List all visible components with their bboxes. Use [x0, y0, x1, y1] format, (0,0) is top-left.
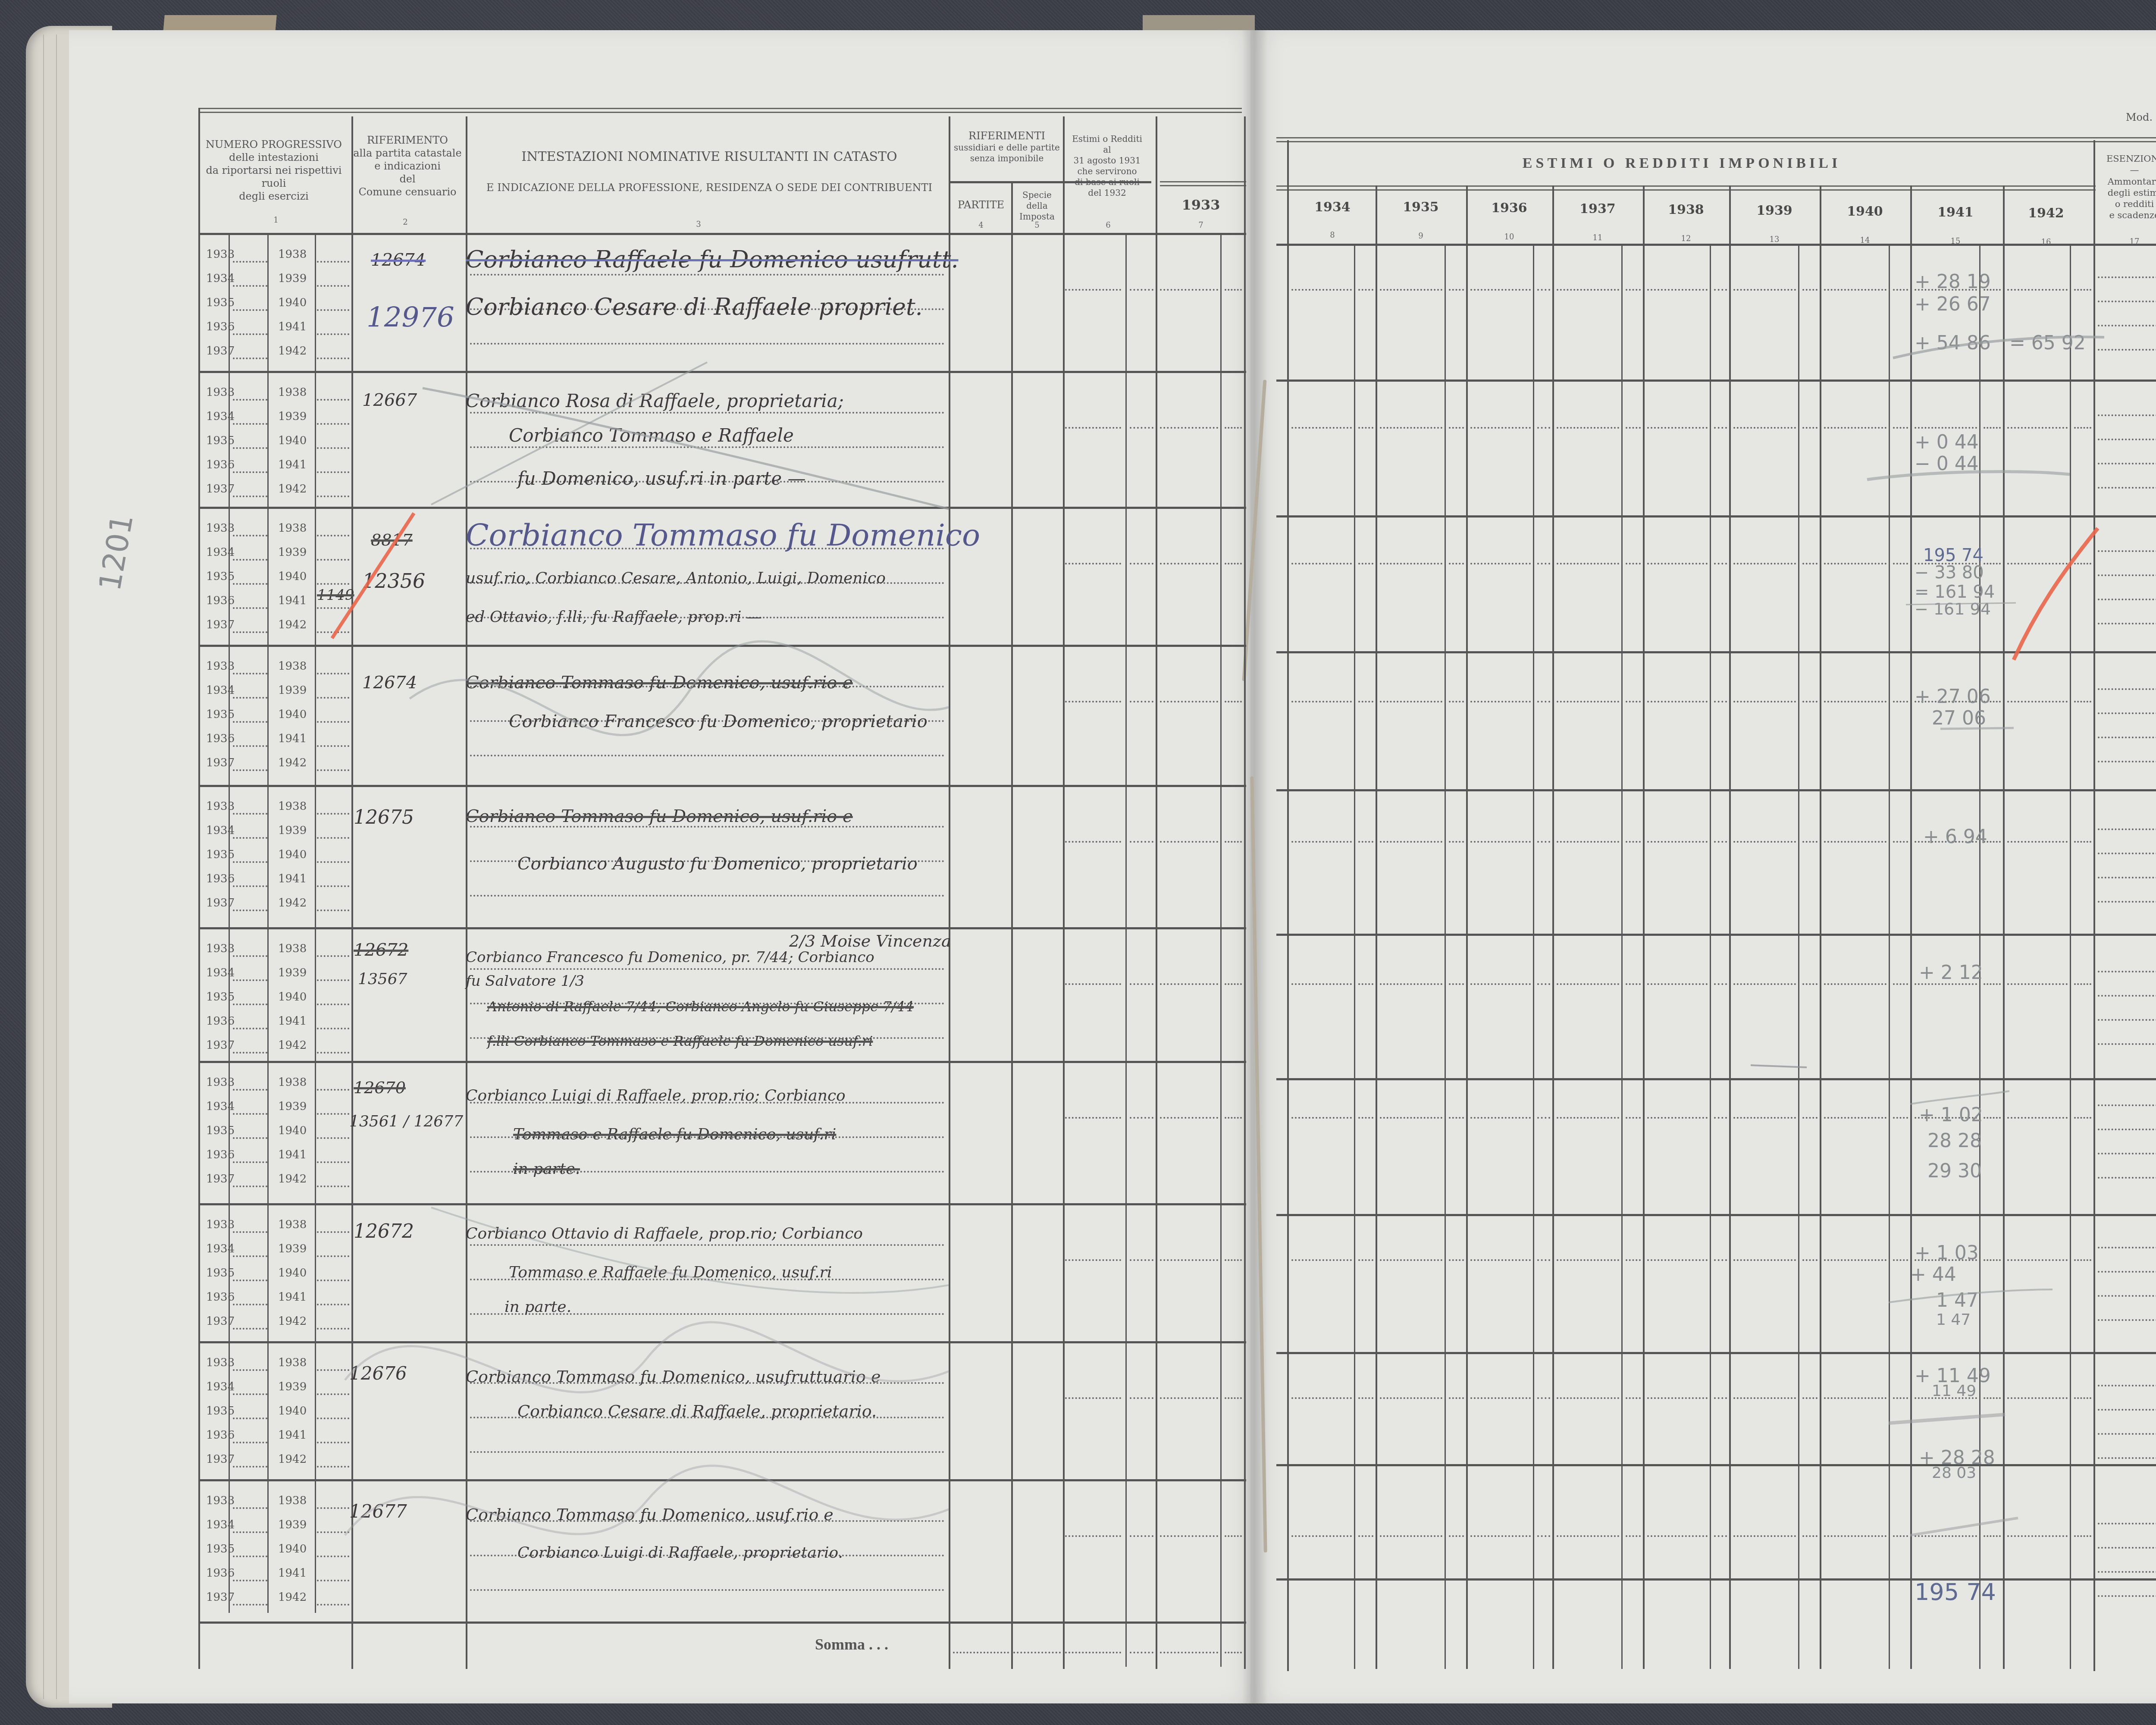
dotted-ruling — [1380, 1117, 1442, 1119]
dotted-ruling — [1647, 427, 1708, 429]
dotted-ruling — [1626, 1117, 1641, 1119]
dotted-ruling — [1824, 701, 1887, 703]
dotted-ruling — [1449, 701, 1464, 703]
row-line: f.lli Corbianco Tommaso e Raffaele fu Do… — [487, 1033, 873, 1049]
row-line: Tommaso e Raffaele fu Domenico, usuf.ri — [513, 1126, 836, 1143]
dotted-ruling — [317, 358, 349, 359]
dotted-ruling — [1733, 983, 1796, 985]
col-subline — [1354, 246, 1355, 1669]
dotted-ruling — [233, 837, 267, 839]
dotted-ruling — [1714, 289, 1727, 291]
dotted-ruling — [317, 910, 349, 911]
dotted-ruling — [317, 261, 349, 263]
row-ref-struck: 12674 — [371, 250, 426, 270]
dotted-ruling — [1358, 427, 1373, 429]
dotted-ruling — [2074, 1259, 2091, 1261]
col-subline — [2070, 246, 2071, 1669]
col2-title: RIFERIMENTO — [351, 134, 464, 147]
dotted-ruling — [1380, 1397, 1442, 1399]
dotted-ruling — [1380, 701, 1442, 703]
row-divider — [1276, 789, 2156, 791]
dotted-ruling — [1626, 701, 1641, 703]
year-label: 1938 — [278, 1356, 307, 1369]
amount: + 28 19 — [1915, 271, 1991, 293]
dotted-ruling — [1802, 1117, 1818, 1119]
col17-header: ESENZIONI — Ammontare degli estimi o red… — [2096, 153, 2156, 221]
dotted-ruling — [1358, 1259, 1373, 1261]
amount: + 2 12 — [1919, 962, 1983, 984]
row-line: Tommaso e Raffaele fu Domenico, usuf.ri — [509, 1264, 832, 1281]
dotted-ruling — [1225, 1117, 1242, 1119]
dotted-ruling — [1824, 563, 1887, 565]
dotted-ruling — [2098, 877, 2156, 878]
dotted-ruling — [1291, 427, 1352, 429]
dotted-ruling — [233, 697, 267, 699]
year-header: 1939 — [1729, 203, 1820, 219]
dotted-ruling — [1733, 563, 1796, 565]
dotted-ruling — [1802, 563, 1818, 565]
year-label: 1938 — [278, 660, 307, 673]
year-label: 1937 — [206, 1173, 235, 1186]
col2-line: del — [351, 172, 464, 185]
row-divider — [198, 1621, 1246, 1624]
row-divider — [198, 645, 1246, 647]
dotted-ruling — [2098, 1019, 2156, 1021]
dotted-ruling — [2074, 983, 2091, 985]
dotted-ruling — [317, 583, 349, 585]
col-number: 2 — [397, 218, 414, 227]
dotted-ruling — [1065, 427, 1121, 429]
dotted-ruling — [1449, 1259, 1464, 1261]
dotted-ruling — [1824, 427, 1887, 429]
year-label: 1935 — [206, 296, 235, 309]
dotted-ruling — [1824, 289, 1887, 291]
dotted-ruling — [1358, 1535, 1373, 1537]
dotted-ruling — [2098, 737, 2156, 738]
dotted-ruling — [233, 1304, 267, 1305]
dotted-ruling — [470, 343, 944, 345]
year-label: 1938 — [278, 1076, 307, 1089]
dotted-ruling — [317, 1255, 349, 1257]
dotted-ruling — [1380, 983, 1442, 985]
dotted-ruling — [1647, 1259, 1708, 1261]
year-label: 1941 — [278, 1291, 307, 1304]
year-divider — [1160, 181, 1246, 186]
dotted-ruling — [1626, 427, 1641, 429]
dotted-ruling — [2074, 427, 2091, 429]
col-number: 1 — [267, 216, 285, 225]
dotted-ruling — [233, 769, 267, 771]
dotted-ruling — [1824, 983, 1887, 985]
col-line — [1287, 140, 1289, 1671]
amount: 1 47 — [1936, 1311, 1971, 1329]
dotted-ruling — [2074, 289, 2091, 291]
dotted-ruling — [233, 861, 267, 863]
year-label: 1935 — [206, 708, 235, 721]
dotted-ruling — [1915, 427, 1977, 429]
dotted-ruling — [470, 274, 944, 276]
dotted-ruling — [1714, 701, 1727, 703]
dotted-ruling — [1065, 1535, 1121, 1537]
dotted-ruling — [1358, 1117, 1373, 1119]
dotted-ruling — [1160, 841, 1218, 843]
dotted-ruling — [1893, 427, 1908, 429]
year-label: 1938 — [278, 248, 307, 261]
dotted-ruling — [233, 423, 267, 425]
dotted-ruling — [1065, 983, 1121, 985]
dotted-ruling — [2007, 563, 2068, 565]
year-label: 1933 — [206, 522, 235, 535]
dotted-ruling — [233, 261, 267, 263]
dotted-ruling — [1733, 427, 1796, 429]
dotted-ruling — [1160, 701, 1218, 703]
dotted-ruling — [317, 607, 349, 609]
year-label: 1941 — [278, 320, 307, 333]
year-label: 1935 — [206, 1543, 235, 1556]
dotted-ruling — [1733, 289, 1796, 291]
dotted-ruling — [1291, 1535, 1352, 1537]
dotted-ruling — [2074, 1117, 2091, 1119]
dotted-ruling — [2098, 1129, 2156, 1130]
col-subline — [1125, 235, 1127, 1667]
col1-line: delle intestazioni — [203, 151, 345, 164]
dotted-ruling — [1626, 289, 1641, 291]
dotted-ruling — [1714, 1535, 1727, 1537]
dotted-ruling — [1358, 289, 1373, 291]
col17-line: e scadenze — [2096, 210, 2156, 221]
dotted-ruling — [2098, 1043, 2156, 1045]
dotted-ruling — [1358, 983, 1373, 985]
dotted-ruling — [2098, 1409, 2156, 1411]
dotted-ruling — [317, 1280, 349, 1281]
dotted-ruling — [233, 1161, 267, 1163]
year-label: 1940 — [278, 570, 307, 583]
row-divider — [1276, 651, 2156, 653]
col-number: 13 — [1768, 235, 1781, 244]
dotted-ruling — [317, 399, 349, 401]
dotted-ruling — [317, 745, 349, 747]
dotted-ruling — [1733, 701, 1796, 703]
dotted-ruling — [1557, 841, 1619, 843]
dotted-ruling — [317, 955, 349, 957]
row-divider — [198, 1203, 1246, 1205]
row-ref: 12976 — [367, 302, 454, 334]
amount: + 27 06 — [1915, 686, 1991, 708]
year-label: 1937 — [206, 1039, 235, 1052]
row-line: Corbianco Tommaso fu Domenico, usuf.rio … — [466, 673, 853, 693]
year-header: 1940 — [1820, 204, 1910, 220]
year-label: 1940 — [278, 1267, 307, 1280]
col-number: 4 — [975, 221, 987, 230]
year-label: 1934 — [206, 1380, 235, 1393]
col-line — [1820, 185, 1821, 1669]
row-line: Corbianco Augusto fu Domenico, proprieta… — [517, 854, 918, 874]
dotted-ruling — [1733, 1117, 1796, 1119]
dotted-ruling — [233, 1137, 267, 1139]
year-label: 1936 — [206, 1148, 235, 1161]
dotted-ruling — [1537, 701, 1550, 703]
riferimenti-line: senza imponibile — [951, 153, 1063, 164]
year-label: 1933 — [206, 1494, 235, 1507]
dotted-ruling — [1802, 983, 1818, 985]
estimi-divider — [1276, 185, 2096, 191]
dotted-ruling — [1130, 563, 1153, 565]
row-line: usuf.rio, Corbianco Cesare, Antonio, Lui… — [466, 569, 886, 587]
dotted-ruling — [233, 631, 267, 633]
dotted-ruling — [1733, 1259, 1796, 1261]
struck-text: Corbianco Raffaele fu Domenico usufrutt. — [466, 246, 959, 273]
dotted-ruling — [1893, 841, 1908, 843]
dotted-ruling — [317, 1604, 349, 1606]
year-label: 1941 — [278, 872, 307, 885]
dotted-ruling — [1470, 1397, 1531, 1399]
year-label: 1939 — [278, 824, 307, 837]
dotted-ruling — [233, 1604, 267, 1606]
dotted-ruling — [1802, 427, 1818, 429]
row-divider — [1276, 1214, 2156, 1216]
year-label: 1942 — [278, 1453, 307, 1466]
dotted-ruling — [2098, 828, 2156, 830]
dotted-ruling — [1893, 1259, 1908, 1261]
dotted-ruling — [1225, 563, 1242, 565]
amount: − 161 94 — [1915, 599, 1991, 618]
dotted-ruling — [1130, 427, 1153, 429]
col-line — [1376, 185, 1377, 1669]
dotted-ruling — [317, 1186, 349, 1187]
row-line: Corbianco Ottavio di Raffaele, prop.rio;… — [466, 1225, 863, 1242]
estimi-title: ESTIMI O REDDITI IMPONIBILI — [1423, 154, 1940, 173]
col1-subline — [315, 233, 316, 1613]
dotted-ruling — [233, 535, 267, 536]
col5-line: della — [1011, 201, 1063, 211]
dotted-ruling — [1291, 983, 1352, 985]
year-label: 1935 — [206, 1405, 235, 1418]
dotted-ruling — [1470, 563, 1531, 565]
dotted-ruling — [233, 1507, 267, 1509]
table-top-border — [198, 108, 1242, 113]
year-label: 1939 — [278, 1518, 307, 1531]
year-label: 1937 — [206, 756, 235, 769]
dotted-ruling — [1225, 427, 1242, 429]
col-number: 5 — [1031, 221, 1044, 230]
col-number: 17 — [2128, 237, 2141, 246]
row-divider — [198, 927, 1246, 929]
row-divider — [1276, 1464, 2156, 1466]
dotted-ruling — [317, 285, 349, 287]
dotted-ruling — [1537, 983, 1550, 985]
dotted-ruling — [1626, 1259, 1641, 1261]
year-label: 1935 — [206, 1124, 235, 1137]
col6-line: del 1932 — [1063, 188, 1151, 198]
dotted-ruling — [233, 1369, 267, 1371]
year-label: 1942 — [278, 345, 307, 358]
dotted-ruling — [1824, 1259, 1887, 1261]
dotted-ruling — [2007, 1397, 2068, 1399]
dotted-ruling — [1358, 563, 1373, 565]
dotted-ruling — [1647, 1397, 1708, 1399]
dotted-ruling — [1893, 1535, 1908, 1537]
dotted-ruling — [1470, 427, 1531, 429]
dotted-ruling — [1647, 289, 1708, 291]
row-divider — [198, 1341, 1246, 1343]
dotted-ruling — [2074, 1397, 2091, 1399]
dotted-ruling — [1802, 1397, 1818, 1399]
dotted-ruling — [470, 968, 944, 970]
dotted-ruling — [2098, 1571, 2156, 1573]
dotted-ruling — [233, 1580, 267, 1581]
col-line — [949, 116, 950, 1669]
dotted-ruling — [233, 333, 267, 335]
dotted-ruling — [317, 1531, 349, 1533]
dotted-ruling — [1065, 841, 1121, 843]
dotted-ruling — [1130, 983, 1153, 985]
row-divider — [198, 1479, 1246, 1481]
year-label: 1940 — [278, 1124, 307, 1137]
year-label: 1936 — [206, 732, 235, 745]
row-ref-struck: 8817 — [371, 530, 413, 549]
row-line: fu Domenico, usuf.ri in parte — — [517, 468, 805, 489]
dotted-ruling — [1802, 289, 1818, 291]
year-label: 1941 — [278, 1429, 307, 1442]
row-ref: 12675 — [354, 806, 414, 828]
dotted-ruling — [1449, 1397, 1464, 1399]
year-label: 1934 — [206, 1242, 235, 1255]
dotted-ruling — [233, 358, 267, 359]
year-label: 1941 — [278, 1015, 307, 1028]
col-line — [1156, 116, 1157, 1669]
dotted-ruling — [2007, 983, 2068, 985]
struck-text: Tommaso e Raffaele fu Domenico, usuf.ri — [513, 1126, 836, 1143]
year-label: 1936 — [206, 1291, 235, 1304]
table-left-border — [198, 108, 200, 1669]
year-label: 1942 — [278, 618, 307, 631]
year-label: 1936 — [206, 320, 235, 333]
dotted-ruling — [1626, 983, 1641, 985]
dotted-ruling — [233, 1556, 267, 1557]
year-label: 1940 — [278, 1405, 307, 1418]
year-header: 1937 — [1552, 201, 1643, 217]
dotted-ruling — [1984, 983, 2001, 985]
dotted-ruling — [233, 721, 267, 723]
dotted-ruling — [1537, 841, 1550, 843]
dotted-ruling — [233, 1231, 267, 1233]
dotted-ruling — [2098, 623, 2156, 624]
dotted-ruling — [2098, 487, 2156, 489]
dotted-ruling — [233, 813, 267, 815]
dotted-ruling — [1380, 1259, 1442, 1261]
dotted-ruling — [2098, 463, 2156, 464]
dotted-ruling — [1893, 1117, 1908, 1119]
col-line — [1729, 185, 1731, 1669]
dotted-ruling — [233, 309, 267, 311]
col1-line: degli esercizi — [203, 190, 345, 203]
dotted-ruling — [1984, 427, 2001, 429]
dotted-ruling — [1225, 1535, 1242, 1537]
year-label: 1937 — [206, 618, 235, 631]
col2-line: e indicazioni — [351, 160, 464, 172]
year-label: 1941 — [278, 594, 307, 607]
dotted-ruling — [1130, 289, 1153, 291]
year-label: 1939 — [278, 272, 307, 285]
dotted-ruling — [2098, 599, 2156, 600]
year-label: 1942 — [278, 483, 307, 496]
dotted-ruling — [2074, 563, 2091, 565]
dotted-ruling — [1537, 427, 1550, 429]
struck-text: f.lli Corbianco Tommaso e Raffaele fu Do… — [487, 1033, 873, 1049]
dotted-ruling — [1380, 1535, 1442, 1537]
amount: 28 03 — [1932, 1464, 1976, 1482]
dotted-ruling — [317, 1231, 349, 1233]
dotted-ruling — [1291, 701, 1352, 703]
year-label: 1940 — [278, 296, 307, 309]
dotted-ruling — [233, 496, 267, 497]
dotted-ruling — [233, 1004, 267, 1005]
amount: 1 47 — [1936, 1289, 1978, 1311]
dotted-ruling — [317, 496, 349, 497]
row-divider — [1276, 934, 2156, 936]
col6-line: al — [1063, 144, 1151, 155]
amount: + 6 94 — [1923, 826, 1987, 848]
dotted-ruling — [233, 979, 267, 981]
year-label: 1934 — [206, 966, 235, 979]
year-label: 1938 — [278, 522, 307, 535]
dotted-ruling — [317, 1466, 349, 1468]
amount: + 26 67 — [1915, 293, 1991, 315]
dotted-ruling — [1714, 427, 1727, 429]
dotted-ruling — [233, 583, 267, 585]
dotted-ruling — [470, 446, 944, 448]
dotted-ruling — [1160, 563, 1218, 565]
dotted-ruling — [2098, 550, 2156, 552]
dotted-ruling — [1714, 983, 1727, 985]
dotted-ruling — [317, 535, 349, 536]
dotted-ruling — [1291, 1397, 1352, 1399]
riferimenti-header: RIFERIMENTI sussidiari e delle partite s… — [951, 129, 1063, 164]
dotted-ruling — [1470, 1117, 1531, 1119]
row-line: Corbianco Raffaele fu Domenico usufrutt. — [466, 246, 959, 273]
col17-dash: — — [2096, 164, 2156, 176]
dotted-ruling — [317, 697, 349, 699]
year-label: 1938 — [278, 386, 307, 399]
dotted-ruling — [317, 813, 349, 815]
col2-header: RIFERIMENTO alla partita catastale e ind… — [351, 134, 464, 198]
year-label: 1937 — [206, 483, 235, 496]
struck-text: Corbianco Tommaso fu Domenico, usuf.rio … — [466, 806, 853, 826]
dotted-ruling — [1130, 1397, 1153, 1399]
dotted-ruling — [233, 1186, 267, 1187]
row-divider — [1276, 1078, 2156, 1080]
col1-subline — [267, 233, 269, 1613]
col-number: 10 — [1503, 232, 1516, 241]
dotted-ruling — [1537, 1259, 1550, 1261]
dotted-ruling — [1824, 1397, 1887, 1399]
year-label: 1936 — [206, 1567, 235, 1580]
dotted-ruling — [317, 1369, 349, 1371]
year-header: 1934 — [1289, 199, 1376, 216]
year-label: 1933 — [206, 248, 235, 261]
year-label: 1935 — [206, 1267, 235, 1280]
year-label: 1939 — [278, 1380, 307, 1393]
dotted-ruling — [2098, 349, 2156, 351]
dotted-ruling — [2007, 701, 2068, 703]
dotted-ruling — [317, 333, 349, 335]
amount: − 33 80 — [1915, 563, 1984, 583]
dotted-ruling — [1802, 701, 1818, 703]
dotted-ruling — [2098, 1385, 2156, 1386]
col-number: 12 — [1680, 234, 1692, 243]
dotted-ruling — [1626, 841, 1641, 843]
dotted-ruling — [317, 673, 349, 674]
